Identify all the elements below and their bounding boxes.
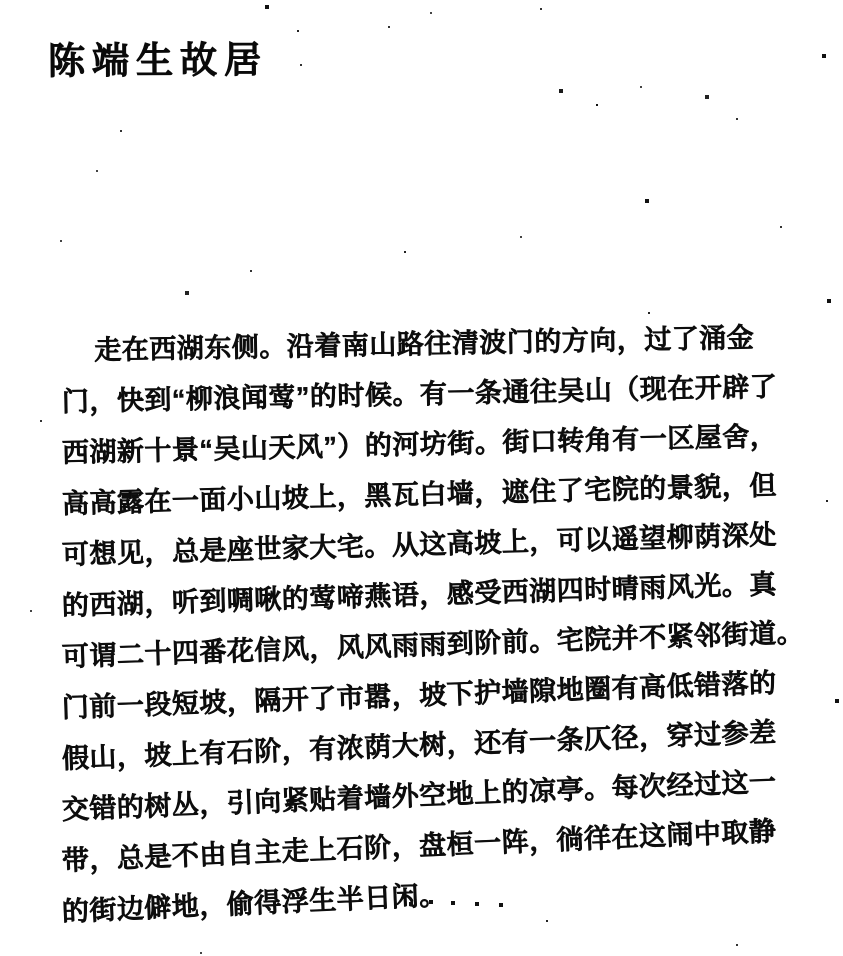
- body-paragraph: 走在西湖东侧。沿着南山路往清波门的方向，过了涌金门，快到“柳浪闻莺”的时候。有一…: [62, 326, 798, 938]
- scanned-book-page: 陈端生故居 走在西湖东侧。沿着南山路往清波门的方向，过了涌金门，快到“柳浪闻莺”…: [0, 0, 843, 956]
- scan-noise-speckles: [0, 0, 2, 2]
- page-title: 陈端生故居: [48, 29, 268, 85]
